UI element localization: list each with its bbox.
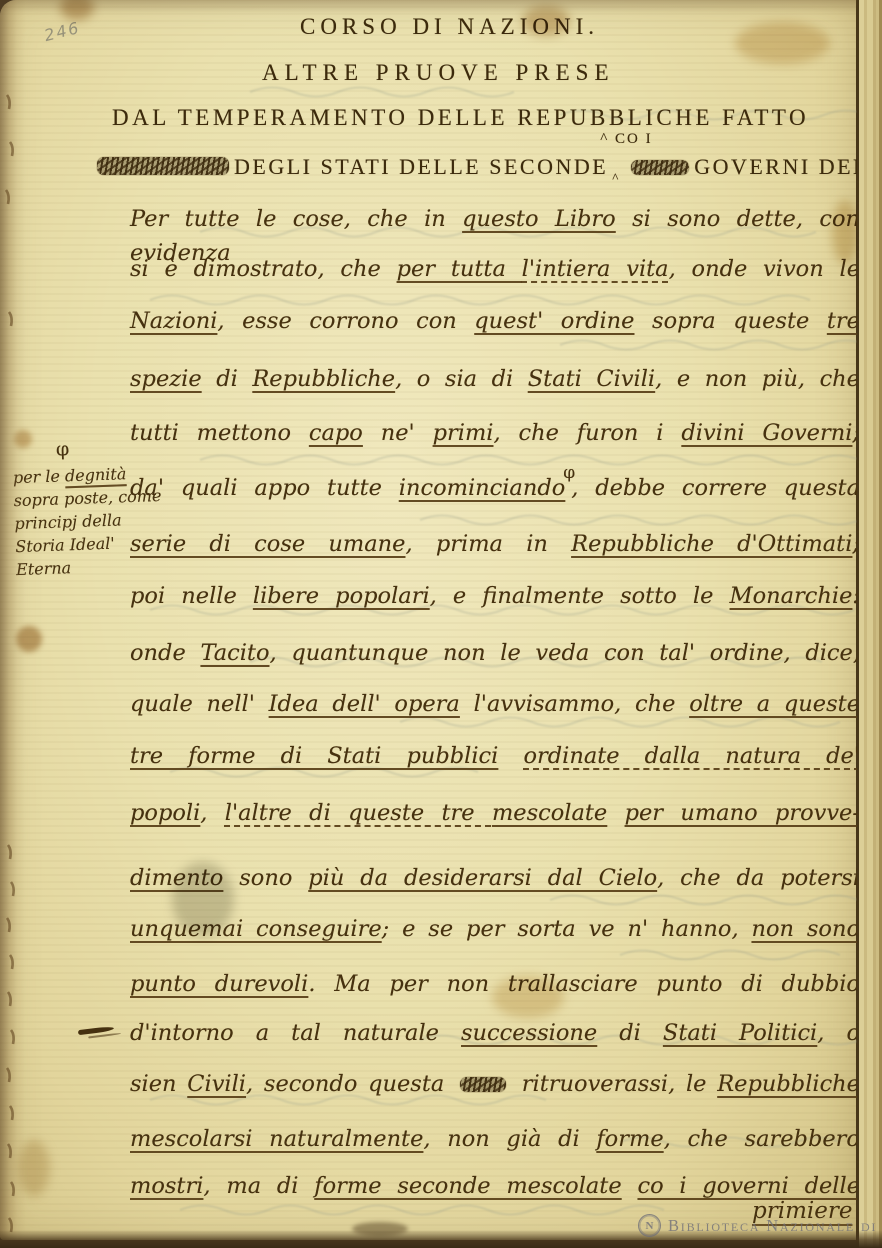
underlined-text: Monarchie bbox=[730, 583, 853, 609]
underlined-text: libere popolari bbox=[253, 583, 430, 609]
text-segment bbox=[607, 800, 624, 826]
margin-note-line: Eterna bbox=[16, 554, 139, 581]
underlined-text: dimento bbox=[130, 865, 223, 891]
underlined-text: co i governi delle bbox=[637, 1173, 857, 1199]
gutter-ink-mark bbox=[7, 1068, 10, 1082]
underlined-text: per tutta bbox=[397, 256, 522, 282]
margin-note-lines: per le degnitàsopra poste, comeprincipj … bbox=[12, 462, 138, 581]
text-segment: , che da potersi bbox=[657, 865, 857, 891]
gutter-ink-mark bbox=[10, 955, 13, 969]
text-segment: ; e se per sorta ve n' hanno, bbox=[382, 916, 752, 942]
underlined-text: l'altre di queste tre bbox=[225, 800, 492, 826]
text-segment: di bbox=[202, 366, 253, 392]
phi-mark: φ bbox=[56, 436, 135, 462]
underlined-text: ordinate dalla natura de' bbox=[523, 743, 857, 769]
library-watermark: N Biblioteca Nazionale di Napoli bbox=[638, 1214, 882, 1237]
underlined-text: oltre a queste bbox=[689, 691, 857, 717]
gutter-ink-mark bbox=[11, 1030, 14, 1044]
underlined-text: incominciando bbox=[399, 475, 566, 501]
text-segment: GOVERNI DELLE PRIMIERE bbox=[694, 154, 857, 179]
insertion-text: ^ CO I bbox=[600, 131, 652, 148]
underlined-text: Idea dell' opera bbox=[269, 691, 460, 717]
underlined-text: forme seconde mescolate bbox=[314, 1173, 621, 1199]
underlined-text: Repubbliche d'Ottimati bbox=[571, 531, 852, 557]
text-segment: , o sia di bbox=[395, 366, 528, 392]
margin-dash-mark bbox=[78, 1026, 114, 1035]
gutter-ink-mark bbox=[10, 142, 13, 156]
ink-scribble bbox=[460, 1077, 506, 1092]
text-segment: sien bbox=[130, 1071, 187, 1097]
gutter-ink-mark bbox=[8, 992, 11, 1006]
text-segment: per le bbox=[13, 466, 66, 487]
text-segment: ritruoverassi, le bbox=[511, 1071, 717, 1097]
manuscript-scan: { "page": { "pencil_number": "246" }, "t… bbox=[0, 0, 882, 1248]
underlined-text: tre forme di Stati pubblici bbox=[130, 743, 498, 769]
text-segment: quale nell' bbox=[130, 691, 269, 717]
library-logo-icon: N bbox=[638, 1214, 661, 1237]
text-segment: , debbe correre questa bbox=[571, 475, 857, 501]
text-segment: Storia Ideal' bbox=[15, 534, 115, 556]
underlined-text: Tacito bbox=[200, 640, 269, 666]
title-line-4: DEGLI STATI DELLE SECONDE ^ CO I^GOVERNI… bbox=[92, 152, 857, 180]
library-watermark-text: Biblioteca Nazionale di Napoli bbox=[668, 1216, 882, 1236]
text-segment: . Ma per non trallasciare punto di dubbi… bbox=[308, 971, 857, 997]
text-segment: , che sarebbero bbox=[664, 1126, 857, 1152]
text-segment: , onde vivon le bbox=[669, 256, 857, 282]
text-segment: DEGLI STATI DELLE SECONDE bbox=[234, 154, 608, 179]
underlined-text: non sono bbox=[751, 916, 857, 942]
underlined-text: più da desiderarsi dal Cielo bbox=[308, 865, 657, 891]
paper-stain bbox=[16, 626, 42, 652]
underlined-text: popoli bbox=[130, 800, 200, 826]
text-segment: , che furon i bbox=[494, 420, 682, 446]
gutter-ink-mark bbox=[9, 312, 12, 326]
underlined-text: Stati Civili bbox=[528, 366, 655, 392]
underlined-text: spezie bbox=[130, 366, 202, 392]
text-segment: , bbox=[200, 800, 224, 826]
caret-icon: ^ bbox=[612, 170, 621, 186]
margin-note-line: principj della bbox=[14, 508, 137, 535]
text-segment bbox=[622, 1173, 638, 1199]
paper-stain bbox=[18, 1140, 50, 1196]
manuscript-line: popoli, l'altre di queste tre mescolate … bbox=[130, 796, 857, 864]
underlined-text: Repubbliche bbox=[252, 366, 395, 392]
text-segment: Per tutte le cose, che in bbox=[130, 206, 462, 232]
underlined-text: quest' ordine bbox=[474, 308, 634, 334]
gutter-ink-mark bbox=[8, 1144, 11, 1158]
underlined-text: primi bbox=[433, 420, 494, 446]
text-segment: , quantunque non le veda con tal' ordine… bbox=[270, 640, 858, 666]
ink-scribble bbox=[97, 157, 229, 175]
text-segment: sono bbox=[223, 865, 308, 891]
underlined-text: successione bbox=[461, 1020, 597, 1046]
underlined-text: l'intiera vita bbox=[522, 256, 669, 282]
text-segment: sopra queste bbox=[635, 308, 827, 334]
text-segment: : bbox=[852, 583, 857, 609]
text-segment: , e finalmente sotto le bbox=[430, 583, 730, 609]
underlined-text: Repubbliche bbox=[717, 1071, 857, 1097]
underlined-text: divini Governi bbox=[681, 420, 852, 446]
underlined-text: Stati Politici bbox=[663, 1020, 817, 1046]
text-segment: da' quali appo tutte bbox=[130, 475, 399, 501]
phi-mark: φ bbox=[563, 463, 575, 483]
top-edge-shade bbox=[0, 0, 857, 14]
margin-note: φ per le degnitàsopra poste, comeprincip… bbox=[12, 436, 139, 581]
gutter-ink-mark bbox=[11, 1182, 14, 1196]
gutter-ink-mark bbox=[6, 190, 9, 204]
gutter-ink-mark bbox=[9, 1218, 12, 1232]
text-segment: , o bbox=[817, 1020, 857, 1046]
underlined-text: unquemai conseguire bbox=[130, 916, 382, 942]
binding-gutter bbox=[0, 0, 26, 1240]
text-segment: tutti mettono bbox=[130, 420, 309, 446]
text-segment: poi nelle bbox=[130, 583, 253, 609]
text-segment: principj della bbox=[14, 510, 122, 533]
underlined-text: degnità bbox=[65, 464, 127, 485]
underlined-text: per umano provve- bbox=[625, 800, 857, 826]
underlined-text: Civili bbox=[187, 1071, 246, 1097]
text-segment: ; bbox=[852, 531, 857, 557]
paper-sheet: 246 CORSO DI NAZIONI. ALTRE PRUOVE PRESE… bbox=[0, 0, 857, 1240]
text-segment: , esse corrono con bbox=[217, 308, 474, 334]
underlined-text: tre bbox=[827, 308, 857, 334]
text-segment: si è dimostrato, che bbox=[130, 256, 397, 282]
text-segment: d'intorno a tal naturale bbox=[130, 1020, 461, 1046]
bleedthrough-stroke bbox=[250, 88, 514, 97]
underlined-text: forme bbox=[596, 1126, 663, 1152]
text-segment: ; bbox=[852, 420, 857, 446]
pencil-page-number: 246 bbox=[42, 18, 82, 45]
text-segment: ne' bbox=[363, 420, 433, 446]
title-line-3: DAL TEMPERAMENTO DELLE REPUBBLICHE FATTO bbox=[112, 105, 809, 131]
manuscript-page: 246 CORSO DI NAZIONI. ALTRE PRUOVE PRESE… bbox=[0, 0, 882, 1248]
title-line-1: CORSO DI NAZIONI. bbox=[300, 14, 599, 40]
text-segment: , non già di bbox=[423, 1126, 596, 1152]
text-segment bbox=[498, 743, 523, 769]
gutter-ink-mark bbox=[7, 918, 10, 932]
paper-stain bbox=[735, 22, 830, 64]
ink-scribble bbox=[631, 160, 689, 175]
underlined-text: mostri bbox=[130, 1173, 203, 1199]
text-segment: Eterna bbox=[16, 558, 72, 579]
underlined-text: serie di cose umane bbox=[130, 531, 405, 557]
underlined-text: mescolarsi naturalmente bbox=[130, 1126, 423, 1152]
text-segment: l'avvisammo, che bbox=[460, 691, 689, 717]
text-segment: onde bbox=[130, 640, 200, 666]
gutter-ink-mark bbox=[11, 882, 14, 896]
underlined-text: capo bbox=[309, 420, 363, 446]
underlined-text: Nazioni bbox=[130, 308, 217, 334]
underlined-text: punto durevoli bbox=[130, 971, 308, 997]
right-page-edge bbox=[856, 0, 882, 1248]
text-segment: , e non più, che bbox=[655, 366, 857, 392]
underlined-text: questo Libro bbox=[462, 206, 616, 232]
text-segment: , secondo questa bbox=[246, 1071, 455, 1097]
insertion-mark: ^ CO I^ bbox=[616, 152, 626, 174]
gutter-ink-mark bbox=[8, 845, 11, 859]
gutter-ink-mark bbox=[10, 1106, 13, 1120]
title-line-2: ALTRE PRUOVE PRESE bbox=[262, 60, 615, 86]
text-segment: di bbox=[597, 1020, 663, 1046]
text-segment: , prima in bbox=[405, 531, 571, 557]
gutter-ink-mark bbox=[7, 95, 10, 109]
text-segment: , ma di bbox=[203, 1173, 314, 1199]
underlined-text: mescolate bbox=[492, 800, 607, 826]
